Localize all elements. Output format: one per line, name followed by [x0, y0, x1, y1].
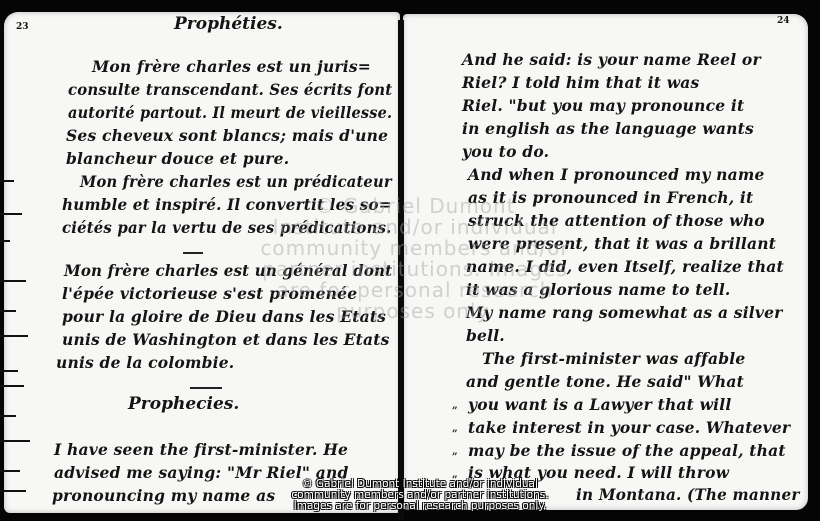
- section-divider: [183, 252, 203, 254]
- text-line: bell.: [466, 326, 505, 345]
- quote-mark: „: [452, 446, 458, 457]
- page-title-propheties: Prophéties.: [174, 14, 283, 34]
- notebook-spine: [398, 20, 404, 520]
- text-line: struck the attention of those who: [468, 211, 765, 230]
- text-line: Riel? I told him that it was: [462, 73, 699, 92]
- text-line: may be the issue of the appeal, that: [468, 441, 786, 460]
- text-line: Mon frère charles est un général dont: [64, 261, 392, 280]
- page-subtitle-prophecies: Prophecies.: [128, 394, 239, 414]
- text-line: were present, that it was a brillant: [468, 234, 776, 253]
- page-stack-edges: [0, 180, 30, 510]
- text-line: unis de la colombie.: [56, 353, 234, 372]
- text-line: in english as the language wants: [462, 119, 754, 138]
- text-line: pour la gloire de Dieu dans les Etats: [62, 307, 386, 326]
- text-line: it was a glorious name to tell.: [466, 280, 731, 299]
- copyright-notice: © Gabriel Dumont Institute and/or indivi…: [262, 479, 578, 512]
- text-line: as it is pronounced in French, it: [468, 188, 753, 207]
- text-line: you to do.: [462, 142, 549, 161]
- text-line: Mon frère charles est un juris=: [92, 57, 371, 76]
- text-line: take interest in your case. Whatever: [468, 418, 790, 437]
- page-number-left: 23: [16, 22, 29, 32]
- quote-mark: „: [452, 423, 458, 434]
- copyright-line: Images are for personal research purpose…: [262, 501, 578, 512]
- text-line: Riel. "but you may pronounce it: [462, 96, 744, 115]
- text-line: l'épée victorieuse s'est promenée: [62, 284, 357, 303]
- text-line: and gentle tone. He said" What: [466, 372, 744, 391]
- text-line: pronouncing my name as: [52, 486, 275, 505]
- text-line: Ses cheveux sont blancs; mais d'une: [66, 126, 388, 145]
- text-line: name. I did, even Itself, realize that: [466, 257, 784, 276]
- text-line: ciétés par la vertu de ses prédications.: [62, 218, 392, 237]
- section-divider: [190, 387, 222, 389]
- text-line: I have seen the first-minister. He: [54, 440, 348, 459]
- text-line: The first-minister was affable: [482, 349, 745, 368]
- text-line: blancheur douce et pure.: [66, 149, 289, 168]
- text-line: unis de Washington et dans les Etats: [62, 330, 390, 349]
- quote-mark: „: [452, 400, 458, 411]
- text-line: you want is a Lawyer that will: [468, 395, 731, 414]
- text-line: humble et inspiré. Il convertit les so=: [62, 195, 392, 214]
- text-line: And when I pronounced my name: [468, 165, 765, 184]
- text-line: Mon frère charles est un prédicateur: [80, 172, 392, 191]
- text-line: consulte transcendant. Ses écrits font: [68, 80, 392, 99]
- text-line: autorité partout. Il meurt de vieillesse…: [68, 103, 392, 122]
- text-line: And he said: is your name Reel or: [462, 50, 761, 69]
- text-line: in Montana. (The manner: [576, 485, 800, 504]
- page-number-right: 24: [777, 16, 790, 26]
- text-line: My name rang somewhat as a silver: [466, 303, 783, 322]
